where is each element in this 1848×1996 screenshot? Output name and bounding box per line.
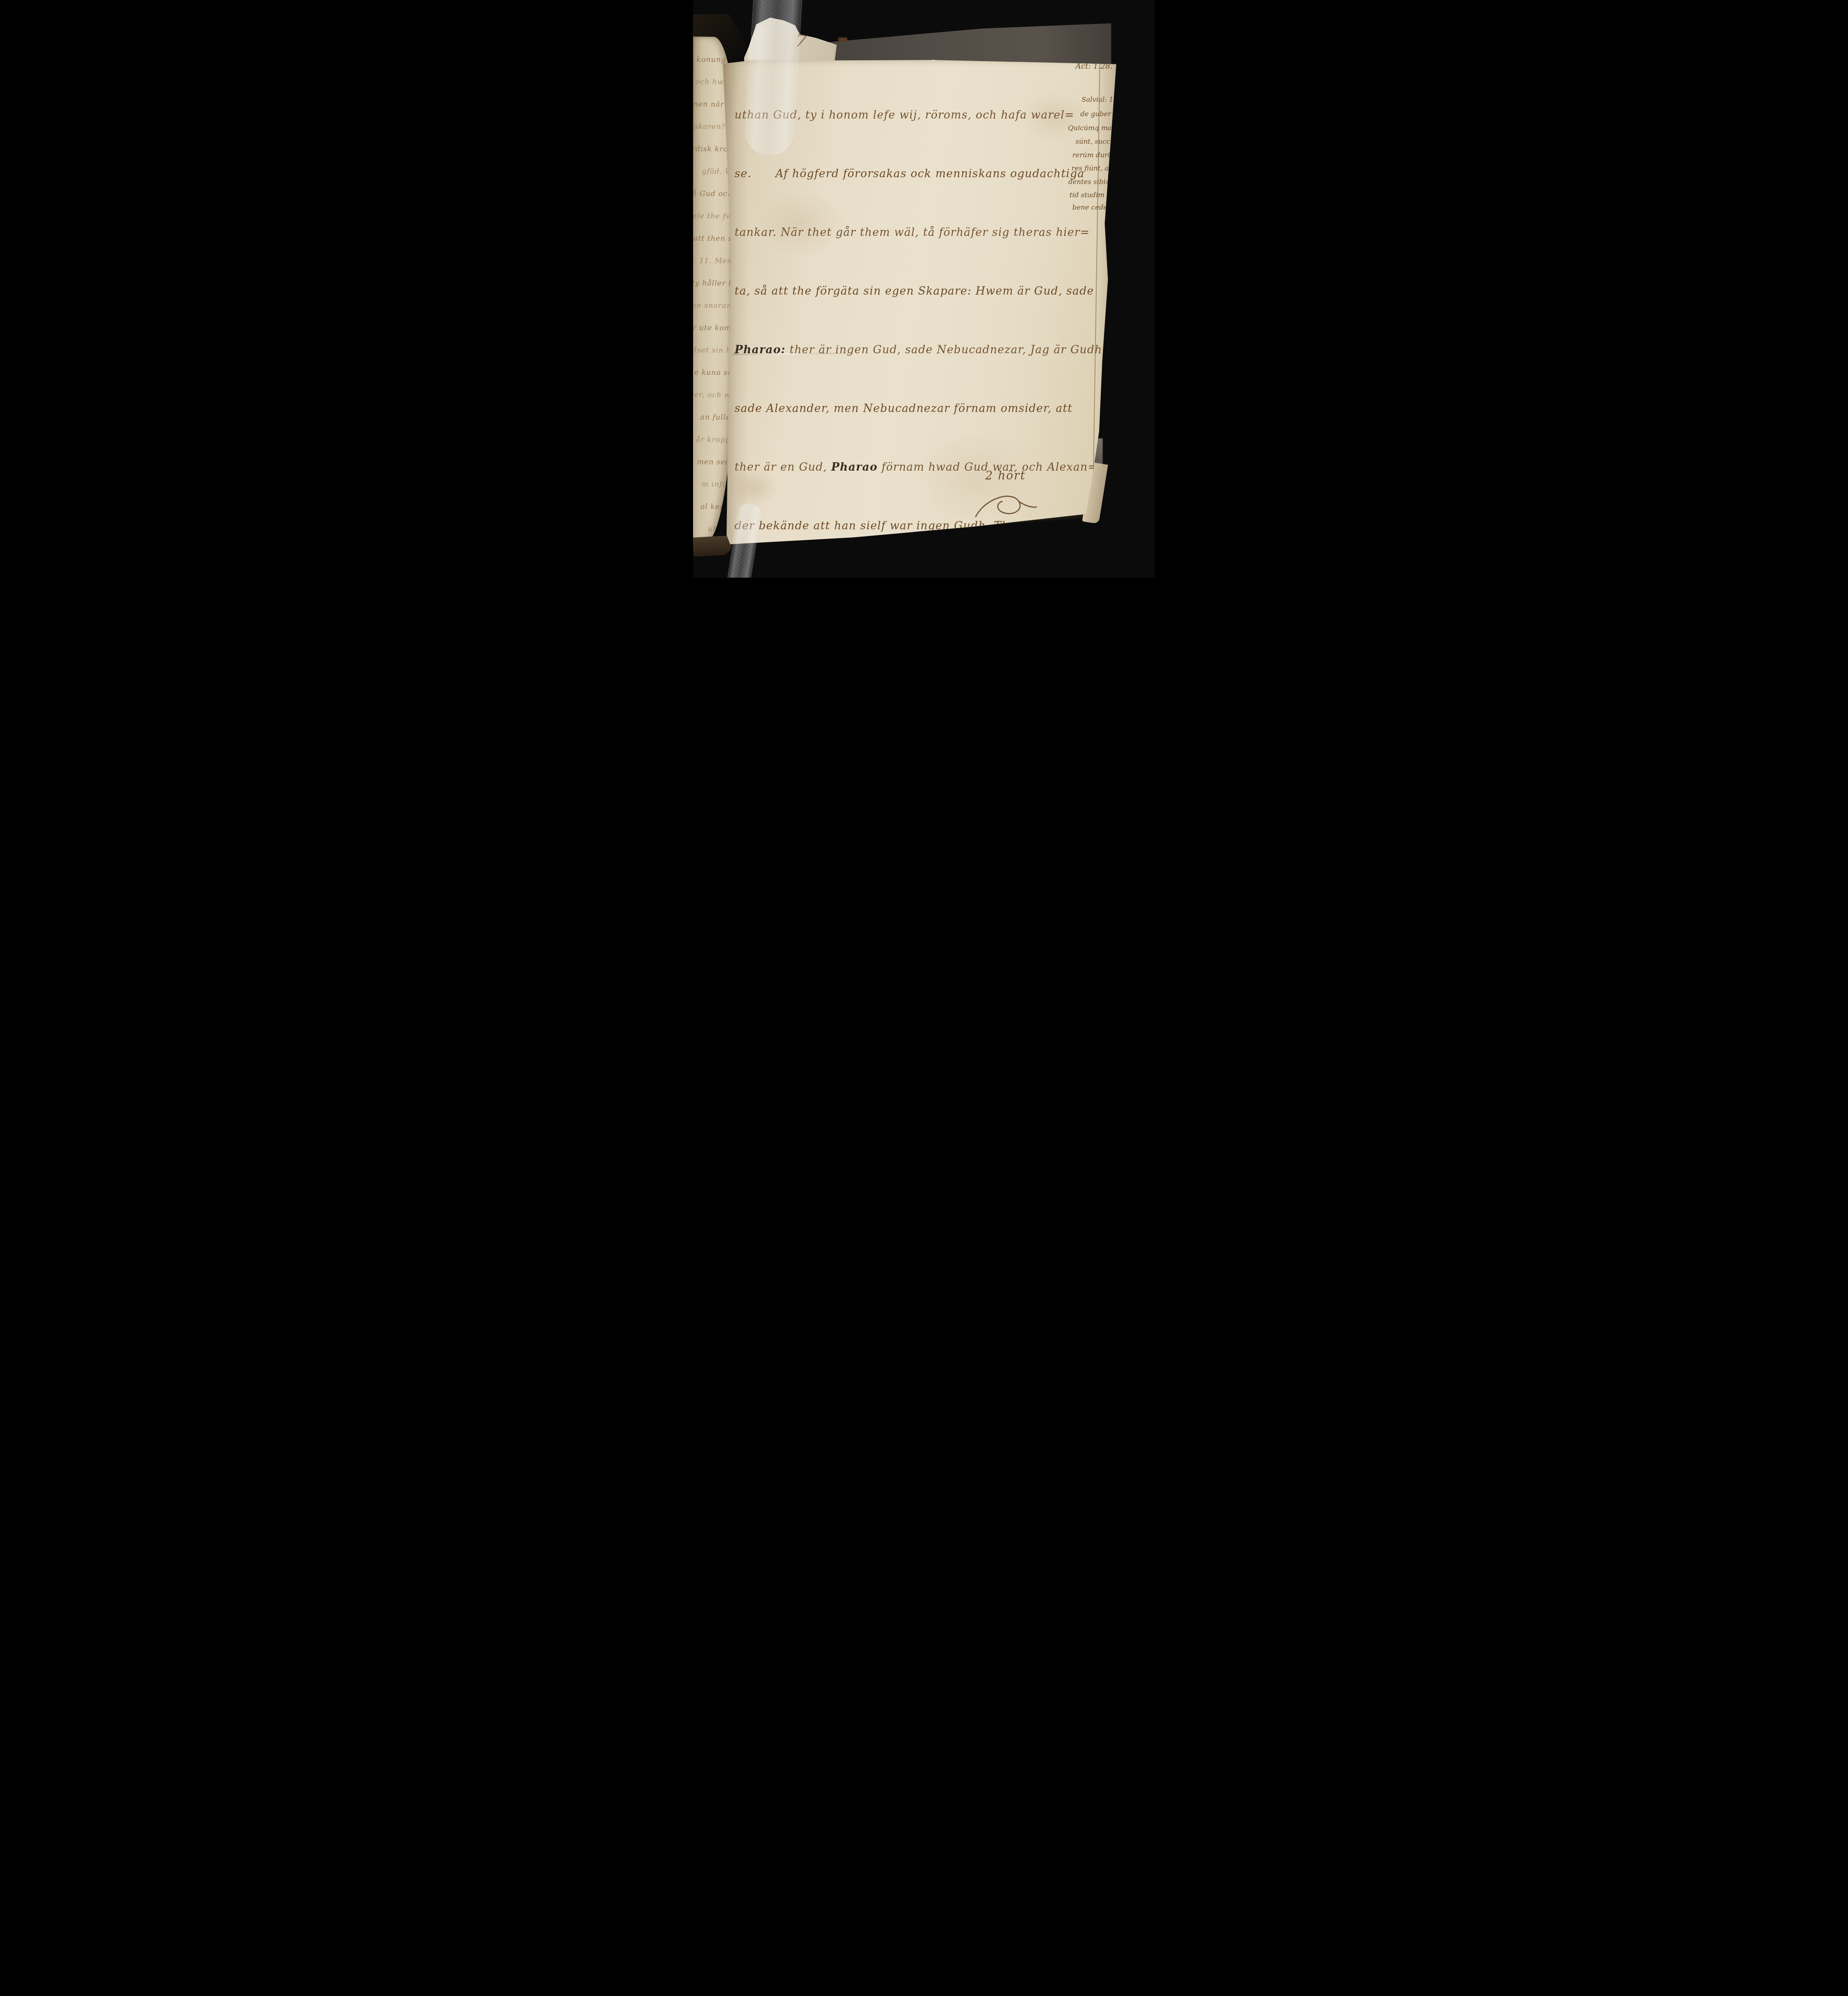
dark-ink-word: Pharao bbox=[831, 461, 877, 473]
text-fragment: ; att then s bbox=[693, 228, 736, 250]
margin-note: dentes sibiq qui= bbox=[1068, 178, 1129, 186]
pen-flourish bbox=[972, 492, 1040, 521]
margin-note: Quicúmq mali bbox=[1068, 124, 1116, 132]
text-segment: se. Af högferd förorsakas ock menniskans… bbox=[735, 167, 1085, 180]
text-line: tankar. När thet går them wäl, tå förhäf… bbox=[735, 223, 1086, 242]
margin-note: res fiúnt, aú= bbox=[1072, 164, 1119, 172]
margin-note: súnt, successu bbox=[1076, 138, 1125, 146]
text-line: Pharao: ther är ingen Gud, sade Nebucadn… bbox=[735, 340, 1086, 360]
spine-leather-accent bbox=[838, 38, 847, 42]
text-segment: ta, så att the förgäta sin egen Skapare:… bbox=[735, 285, 1094, 297]
text-fragment-text: ty håller t bbox=[693, 272, 735, 295]
binding-tail-bottom-left bbox=[693, 536, 732, 557]
text-line: wordne druckne uthaf werdenes wälgång, r… bbox=[735, 575, 1086, 578]
mounting-strap-top bbox=[744, 0, 802, 157]
text-fragment-text: e kuna st bbox=[694, 362, 735, 384]
book-cover-board-top bbox=[824, 22, 1111, 66]
text-line: sade Alexander, men Nebucadnezar förnam … bbox=[735, 399, 1086, 418]
text-segment: sade Alexander, men Nebucadnezar förnam … bbox=[735, 402, 1073, 415]
text-fragment: ver, och w bbox=[693, 384, 735, 406]
catchword-text: 2 hört bbox=[985, 469, 1026, 482]
text-fragment: år ute kom bbox=[693, 317, 735, 340]
text-fragment: ty håller t bbox=[693, 272, 735, 295]
text-fragment-text: år ute kom bbox=[693, 317, 735, 340]
margin-note: tid studim bbox=[1070, 191, 1105, 199]
text-line: ther är en Gud, Pharao förnam hwad Gud w… bbox=[735, 457, 1086, 477]
margin-note: bene cedes bbox=[1072, 204, 1111, 212]
text-fragment: an snaran bbox=[693, 295, 735, 317]
text-fragment-text: an snaran bbox=[693, 295, 735, 317]
text-fragment-text: indset sin h bbox=[693, 339, 735, 362]
margin-note: de guber Dei. bbox=[1080, 110, 1127, 118]
text-fragment-text: Ebr. 11. Men bbox=[693, 250, 736, 273]
text-line: ta, så att the förgäta sin egen Skapare:… bbox=[735, 281, 1086, 301]
manuscript-photo: 7 er konung h war, och hwad men när w ma… bbox=[693, 0, 1155, 578]
text-fragment: Ebr. 11. Men bbox=[693, 250, 736, 273]
marginalia: Act: 1.28. Salvial: 1. de guber Dei. Qui… bbox=[1064, 58, 1144, 298]
text-fragment-text: ver, och w bbox=[693, 384, 735, 407]
text-fragment: indset sin h bbox=[693, 339, 735, 362]
catchword: 2 hört bbox=[985, 469, 1026, 482]
dark-ink-word: Pharao: bbox=[735, 343, 786, 356]
text-fragment-text: ; att then s bbox=[693, 228, 736, 250]
text-line: se. Af högferd förorsakas ock menniskans… bbox=[735, 164, 1086, 184]
text-segment: ther är ingen Gud, sade Nebucadnezar, Ja… bbox=[786, 343, 1102, 356]
text-segment: ther är en Gud, bbox=[735, 461, 831, 473]
text-fragment: an fulle bbox=[693, 406, 734, 429]
text-segment: tankar. När thet går them wäl, tå förhäf… bbox=[735, 226, 1090, 239]
text-fragment: e kuna st bbox=[693, 361, 735, 384]
margin-note: Salvial: 1. bbox=[1081, 96, 1115, 104]
margin-note: rerúm durio= bbox=[1072, 151, 1120, 159]
